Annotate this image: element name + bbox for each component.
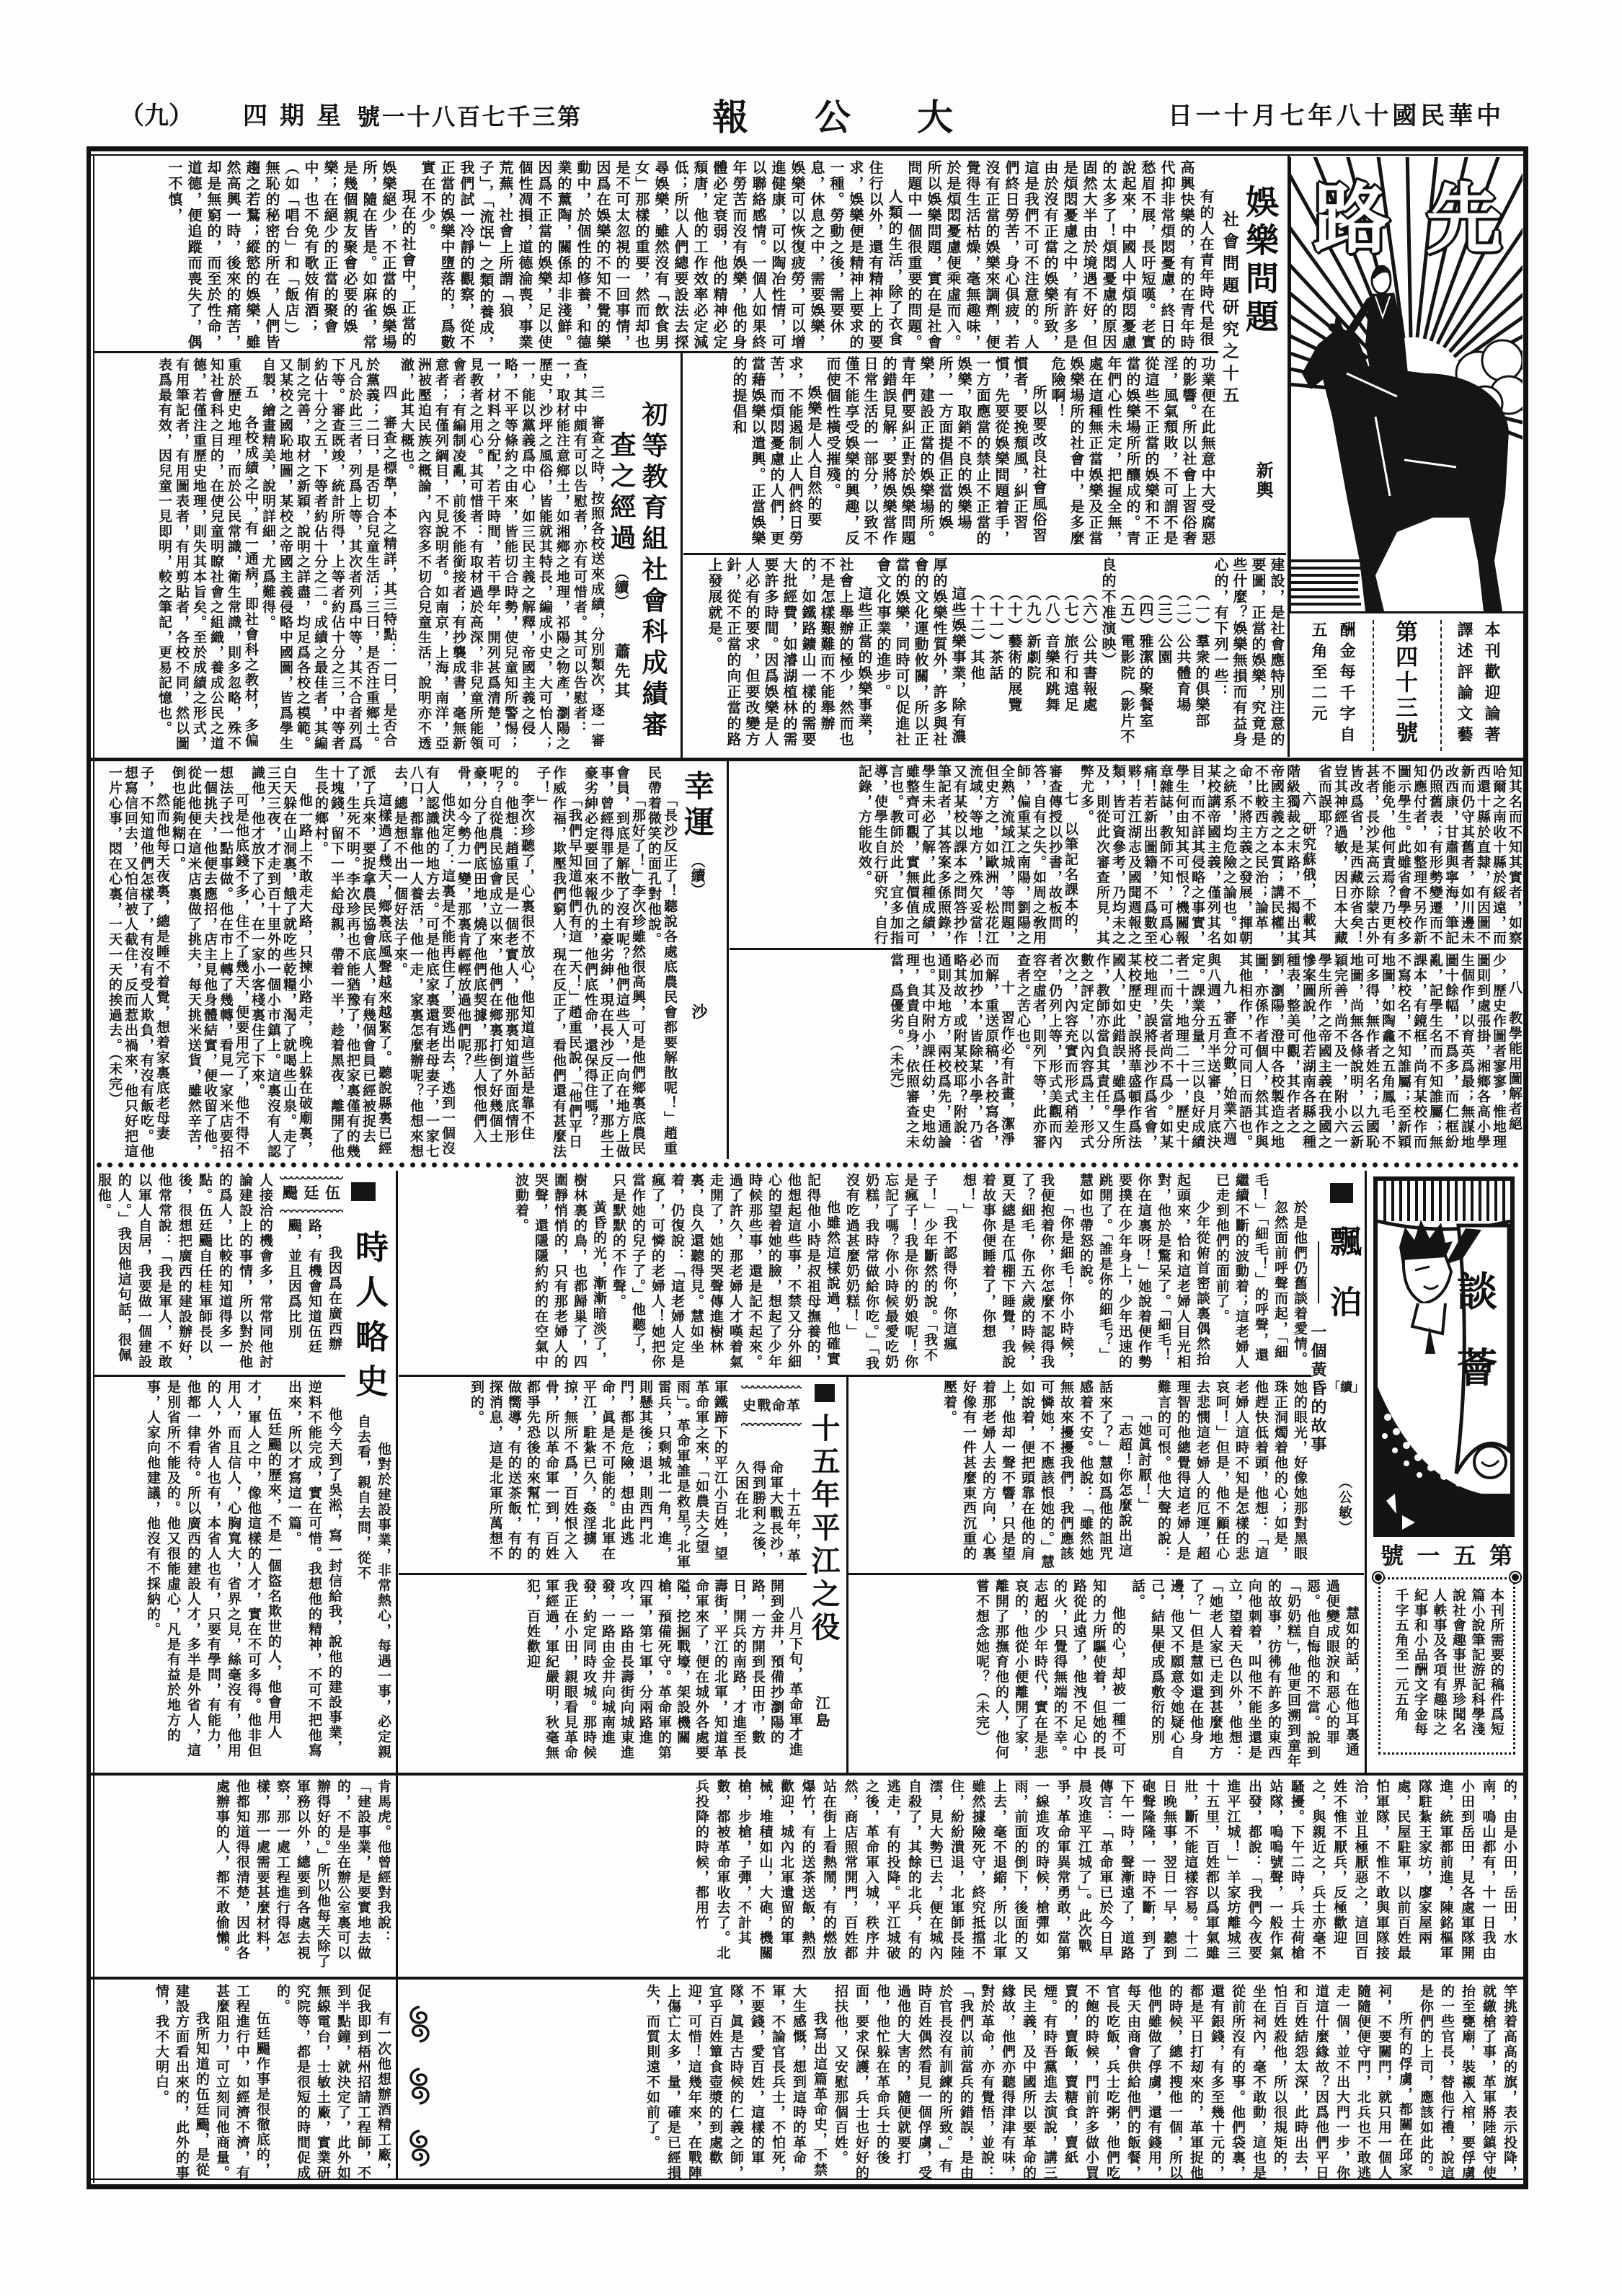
corner-ornament <box>1373 1572 1383 1582</box>
tier-rule <box>94 351 1218 353</box>
notice-separator <box>1373 620 1374 751</box>
paragraph: 忽然面前呼聲而起，「細毛！」「細毛！」的呼聲，還繼續不斷的波動着；這老婦人已走到… <box>1212 1173 1290 1373</box>
paragraph: 有的人在青年時代是很高興快樂的，有的在青年時代抑非常煩悶憂慮，終日的愁眉不展，長… <box>904 160 1215 352</box>
article-author: 江島 <box>815 1696 829 1730</box>
notice-line: 本刊所需要的稿件爲短 <box>1487 1588 1507 1748</box>
series-label: 革命戰史 <box>743 1399 800 1414</box>
paragraph: 這樣過了幾天，鄉裏底風聲越來越緊了。聽說縣裏已經派了兵來，要捉拿農民協會底人，有… <box>313 766 392 1159</box>
list-item: （十一）茶話 <box>986 557 1005 756</box>
paragraph: 然而他每天夜裏，總是睡不着覺，想着家裏底老母妻子，不知道他們怎樣了，有沒有受人欺… <box>107 766 170 1159</box>
page-number: （九） <box>120 102 193 130</box>
list-item: （八）音樂和跳舞 <box>1042 557 1061 756</box>
paragraph: 這些娛樂事業，除有濃厚的娛樂性質外，許多與社會的文化運動攸關，所以正當的娛樂，同… <box>874 557 967 756</box>
story-author: （公敏） <box>1337 1475 1351 1535</box>
column-rule <box>681 353 683 758</box>
notice-text: 本刊所需要的稿件爲短 篇小說筆記游記科學淺 說社會趣事世界珍聞名 人軼事及各項有… <box>1391 1588 1506 1748</box>
article-body: 他今天到了吳淞，寫一封信給我，說他的建設事業，逆料不能完成，實在可惜。我想他的精… <box>95 1380 345 1769</box>
column-rule <box>727 761 729 1159</box>
paragraph: 他一路上不敢走大路，只揀小路走，晚上躲在破廟裏，白天躲在山洞裏，餓了就吃些乾糧，… <box>249 766 313 1159</box>
list-item: （七）旅行和遠足 <box>1061 557 1080 756</box>
paragraph: 可是他底錢不多，住不了幾天，便要用完了，他不得不想法子找一點事做。他在市上轉了幾… <box>170 766 249 1159</box>
tanhui-issue-number: 第五一號 <box>1381 1543 1512 1569</box>
paragraph: 他雖然這樣說過，他確實記得他小時是叔祖母撫養的，他想起這些事，不禁又分外細心的望… <box>608 1173 842 1373</box>
paragraph: 知其名而不知其實者，如察哈爾之南收十縣於綏遠，而西還十縣於直隸，有因圖不新而仍守… <box>1316 764 1523 946</box>
notice-line: 譯述評論文藝 <box>1456 621 1472 747</box>
paragraph: 這些正當的娛樂事業，社會上舉辦的極少，然而也不是怎樣艱難而不能舉辦的，如鐵路鑛山… <box>705 557 874 756</box>
tanhui-masthead: 談薈 <box>1453 1270 1494 1423</box>
section-marker-icon <box>815 1384 835 1402</box>
story-body: 慧如的話，在他耳裏通過便變成眼淚和惡心的罪惡。他自悔他的不當。說到「奶奶糕」，他… <box>851 1579 1361 1770</box>
notice-line: 說社會趣事世界珍聞名 <box>1449 1588 1468 1748</box>
list-item: （二）公共體育場 <box>1174 557 1192 756</box>
continued-mark: （續） <box>613 565 628 608</box>
article-body: 八月下旬，革命軍才進開到金井，預備抄瀏陽的路，一方開到長田市，數日，開兵的南路，… <box>401 1579 805 1770</box>
paragraph: 「志超！你怎麼說出這話來了？」慧如爲他的詛咒感着不安。他說：「雖然她無故來擾擾我… <box>939 1380 1134 1572</box>
paragraph: 十 習作必有計畫，潔淨而解，重送原稿，各校寫各，必加抄本，皆除某小學，乃省略其故… <box>888 953 1015 1158</box>
paragraph: 八月下旬，革命軍才進開到金井，預備抄瀏陽的路，一方開到長田市，數日，開兵的南路，… <box>523 1579 805 1770</box>
paragraph: 我所知道的伍廷颺，是從建設方面看出來的，此外的事情，我不大明白。 <box>151 1984 212 2183</box>
article-title: 初等教育組社會科成績審 <box>640 401 666 742</box>
paragraph: 「你是細毛！你小時候，我便抱着你，你怎麼不認得我了？細毛，你五六歲的時候，夏天總… <box>959 1173 1076 1373</box>
paragraph: 她的眼光，好像她那對黑眼珠正洞燭着他的心；如是，他趕快低着頭，他想：「這老婦人這… <box>1153 1380 1309 1572</box>
issue-number: 第三千七百八十一號 <box>357 104 580 130</box>
paragraph: 伍廷颺作事是很徹底的，工程進行中，如經濟不濟，有甚麼阻力，可立刻同他商量。 <box>212 1984 272 2183</box>
section-rule <box>91 758 1525 761</box>
paragraph: 伍廷颺的歷來，不是一個盜名欺世的人，他會用人才，軍人之中，像他這樣的人才，實在不… <box>143 1380 284 1769</box>
list-item: （十）藝術的展覽 <box>1005 557 1024 756</box>
article-body: 有一次他想辦酒精工廠，促我即到梧州招請工程師，不到半點鐘，就決定了，此外如無線電… <box>97 1984 394 2183</box>
article-title: 查之經過 <box>608 431 634 555</box>
column-rule <box>396 1171 398 2180</box>
paragraph: 我因爲在廣西辦路，有機會知道伍廷颺，並且因爲比別 <box>284 1218 345 1373</box>
paragraph: 「那好了！」李次珍雖然很高興，可是他們鄉裏底農民會員，到底是解散了沒有呢？他們這… <box>582 766 646 1159</box>
notice-issue-number: 第四十三號 <box>1393 620 1415 746</box>
tier-rule <box>94 1375 345 1377</box>
article-body: 竿挑着高高的旗，表示投降，就繳槍了事，革軍將陸鎮守使抬至甕廟，裝襯入棺，要俘虜的… <box>441 1984 1520 2183</box>
section-rule <box>91 1773 1525 1776</box>
left-border-thin <box>93 156 94 2183</box>
section-marker-icon <box>351 1182 376 1201</box>
list-item: （九）新劇院 <box>1024 557 1042 756</box>
article-body: 肯馬虎。他曾經對我說：「建設事業，是要實地去做的，不是坐在辦公室裏可以辦得好的。… <box>95 1779 394 1971</box>
tier-rule <box>848 1573 1364 1575</box>
newspaper-title: 大公報 <box>712 97 953 138</box>
paragraph: 肯馬虎。他曾經對我說：「建設事業，是要實地去做的，不是坐在辦公室裏可以辦得好的。… <box>212 1779 394 1971</box>
top-rule-thin <box>87 154 1528 156</box>
paragraph: 八 教學能用圖解者絕少，歷史作圖者寥寥，惟地理圖則到處張掛，湘鄉各高小學生個作，… <box>1237 953 1523 1158</box>
notice-fee: 酬金每千字自 <box>1339 621 1355 747</box>
list-item: （五）電影院（影片不良的不准演映） <box>1099 557 1136 756</box>
column-rule <box>846 1377 848 1773</box>
article-body: 他對於建設事業，非常熱心，每遇一事，必定親自去看，親自去問，從不 <box>347 1414 394 1769</box>
article-body: 建設，是社會應特別注意的要圖，正當的娛樂，究竟是些什麼？娛樂無損而有益身心的，有… <box>685 557 1286 756</box>
paragraph: 娛樂是人人自然的要求，不能遏制止人們終日勞苦，而煩悶憂慮的人們，更當藉娛樂以遣興… <box>730 356 823 551</box>
paragraph: 五 各校成績之中，有一通病，即社會科之教材，多偏重於歷史地理，而於公民常識，衛生… <box>156 358 260 755</box>
paragraph: 我寫出這篇革命史，不禁大生感慨，想到這時的革命軍，不論官長兵士，不怕死，不要錢，… <box>642 1984 830 2183</box>
paragraph: 現在的社會中，正當的娛樂絕少，不正當的娛樂場所，隨在皆是。如麻雀，常是幾個親友聚… <box>164 160 417 352</box>
paragraph: 軍鐵蹄下的平江小百姓，望革命軍之來，「如農夫之望雨」。革命軍誰是救星？北軍雷兵，… <box>467 1380 730 1572</box>
title-dash <box>1318 1241 1319 1303</box>
article-body: 人接洽的機會多，常常同他討論建設上的事情，所以對於他的爲人，比較的知道得多一點。… <box>95 1173 275 1373</box>
paragraph: 建設，是社會應特別注意的要圖，正當的娛樂，究竟是些什麼？娛樂無損而有益身心的，有… <box>1211 557 1286 756</box>
paragraph: 李次珍聽了，心裏很不放心，他知道這些話是靠不住的。他想：趙重民是一個老實人，他那… <box>456 766 535 1159</box>
article-body: 功業便在此無意中大受腐惡的影響。所以社會上習俗奢淫，風氣頹敗，不可謂不是從這些不… <box>685 356 1217 551</box>
continued-mark: （續） <box>690 854 704 897</box>
story-body: 於是他們仍舊談着愛情。 忽然面前呼聲而起，「細毛！」「細毛！」的呼聲，還繼續不斷… <box>401 1173 1309 1373</box>
right-border <box>1523 146 1528 2189</box>
tier-rule <box>730 948 1524 950</box>
list-item: （一）羣衆的俱樂部 <box>1192 557 1211 756</box>
article-subtitle: 社會問題研究之十五 <box>1221 210 1238 409</box>
paragraph: 十五年，革命軍大戰長沙，得到勝利之後，久困在北 <box>732 1461 802 1572</box>
label-border-bottom <box>741 1422 802 1426</box>
story-title: 飄泊 <box>1326 1225 1358 1346</box>
paragraph: 有一次他想辦酒精工廠，促我即到梧州招請工程師，不到半點鐘，就決定了，此外如無線電… <box>272 1984 394 2183</box>
story-author: 沙 <box>691 1003 706 1019</box>
paragraph: 九 審查分數，始業六週與八週，五月半送審，月底決定。課業分量，三以良好成績者二十… <box>1015 953 1237 1158</box>
ornamental-divider <box>94 1161 1523 1169</box>
tier-rule <box>399 1573 807 1575</box>
article-author: 新輿 <box>1254 461 1272 500</box>
paragraph: 三 審查之時，按照各校送來成績，分別類次，逐一審查，其中頗有可以告慰者，亦有可惜… <box>398 358 606 755</box>
subject-name-label: 伍廷颺 <box>283 1184 340 1202</box>
paragraph: 黃昏的光，漸漸暗淡了，樹林裏的鳥，也都歸巢了，四圍靜悄悄的，只有那老婦人的哭聲，… <box>511 1173 608 1373</box>
paragraph: 少年從俯首密談裏偶然抬起頭來，恰和這老婦人目光相對，他於是驚呆了。「細毛！你在這… <box>1076 1173 1212 1373</box>
list-item: （六）公共書報處 <box>1080 557 1099 756</box>
top-rule-thick <box>87 146 1528 151</box>
paragraph: 七 以筆記名課本的，審查傳授以抄書，故板問答，自有之失。如周之敎用師，偏重某之南… <box>856 764 1078 946</box>
paragraph: 人接洽的機會多，常常同他討論建設上的事情，所以對於他的爲人，比較的知道得多一點。… <box>95 1173 275 1373</box>
xianlu-box-left <box>1288 156 1290 757</box>
tier-rule <box>683 553 1286 555</box>
paragraph: 他的心，却被一種不可知的力所驅使着，但她的長路從此遠了，他洩不足心中的火，只覺得… <box>972 1579 1127 1770</box>
paragraph: 所有的俘虜，都關在邱家祠，不要關門，就只用一個人隨隨便便守門，北兵也不敢逃走一個… <box>830 1984 1415 2183</box>
article-body: 十五年，革命軍大戰長沙，得到勝利之後，久困在北 <box>732 1461 802 1572</box>
article-body: 三 審查之時，按照各校送來成績，分別類次，逐一審查，其中頗有可以告慰者，亦有可惜… <box>95 358 606 755</box>
paragraph: 「長沙反正了！聽說各處底農民會都要解散呢！」趙重民帶着微笑的面孔對他說。 <box>646 766 678 1159</box>
paragraph: 六 研究蘇俄，不載其階級獨裁之末路，不揭出其帝國主義之本質；講民權，不比較西方之… <box>1078 764 1316 946</box>
label-border-top <box>741 1386 802 1390</box>
label-border-top <box>280 1176 343 1181</box>
article-body: 的，由是小田，岳田，水南，鳴山都有，十一日我由小田到岳田，見各處軍隊開進，統軍都… <box>401 1779 1520 1971</box>
article-body: 八 教學能用圖解者絕少，歷史作圖者寥寥，惟地理圖則到處張掛，湘鄉各高小學生個作，… <box>731 953 1523 1158</box>
paragraph: 四 審查之標準，本之精詳，其三特點：一曰，是否合於黨義；二曰，是否切合兒童生活；… <box>260 358 398 755</box>
notice-fee: 五角至二元 <box>1311 621 1326 726</box>
paragraph: 於是他們仍舊談着愛情。 <box>1290 1173 1309 1373</box>
tier-rule <box>399 1375 1311 1377</box>
notice-separator <box>1440 620 1442 751</box>
paragraph: 功業便在此無意中大受腐惡的影響。所以社會上習俗奢淫，風氣頹敗，不可謂不是從這些不… <box>1048 356 1217 551</box>
section-marker-icon <box>1330 1183 1353 1203</box>
corner-ornament <box>1510 1572 1520 1582</box>
paragraph: 的，由是小田，岳田，水南，鳴山都有，十一日我由小田到岳田，見各處軍隊開進，統軍都… <box>691 1779 1520 1971</box>
paragraph: 他今天到了吳淞，寫一封信給我，說他的建設事業，逆料不能完成，實在可惜。我想他的精… <box>284 1380 345 1769</box>
notice-line: 篇小說筆記游記科學淺 <box>1468 1588 1487 1748</box>
story-body: 「長沙反正了！聽說各處底農民會都要解散呢！」趙重民帶着微笑的面孔對他說。 「那好… <box>95 766 678 1159</box>
paragraph: 人類的生活，除了衣食住行以外，還有精神上的要求，娛樂便是精神上要求的一種。勞動之… <box>417 160 904 352</box>
weekday: 星期四 <box>243 102 341 130</box>
swirl-ornament-icon <box>405 2066 434 2106</box>
list-item: （四）雅潔的聚餐室 <box>1136 557 1155 756</box>
paragraph: 「我不認得你，你這瘋子！」少年斷然的說。「我不是瘋子！我是你的奶娘呢！你忘記了嗎… <box>842 1173 959 1373</box>
publication-date: 中華民國十八年七月十一日 <box>1168 102 1501 130</box>
article-body: 軍鐵蹄下的平江小百姓，望革命軍之來，「如農夫之望雨」。革命軍誰是救星？北軍雷兵，… <box>401 1380 730 1572</box>
notice-line: 紀事和小品酬文字金每 <box>1411 1588 1430 1748</box>
paragraph: 所以要改良社會風俗習慣者，要挽頹風，糾正習慣，先要從娛樂問題着手，一方面應當的禁… <box>823 356 1048 551</box>
story-body: 她的眼光，好像她那對黑眼珠正洞燭着他的心；如是，他趕快低着頭，他想：「這老婦人這… <box>851 1380 1309 1572</box>
story-title: 幸運 <box>682 770 712 842</box>
article-title: 十五年平江之役 <box>809 1413 838 1645</box>
paragraph: 「她眞討厭！」 <box>1134 1380 1153 1572</box>
label-border-bottom <box>280 1208 343 1213</box>
swirl-ornament-icon <box>405 2128 434 2168</box>
tier-rule <box>91 1977 1525 1980</box>
paragraph: 「我們早知道他們有這一天！」趙重民說，「他們平日作威作福，欺壓我們窮人，現在反正… <box>535 766 582 1159</box>
notice-line: 人軼事及各項有趣味之 <box>1430 1588 1449 1748</box>
paragraph: 他對於建設事業，非常熱心，每遇一事，必定親自去看，親自去問，從不 <box>353 1414 394 1769</box>
section-title: 時人略史 <box>353 1230 386 1409</box>
bottom-rule-thick <box>87 2184 1528 2189</box>
paragraph: 慧如的話，在他耳裏通過便變成眼淚和惡心的罪惡。他自悔他的不當。說到「奶奶糕」，他… <box>1127 1579 1361 1770</box>
xianlu-masthead: 先路 <box>1313 182 1502 258</box>
xianlu-box-bottom <box>1288 611 1525 613</box>
paragraph: 竿挑着高高的旗，表示投降，就繳槍了事，革軍將陸鎮守使抬至甕廟，裝襯入棺，要俘虜的… <box>1415 1984 1520 2183</box>
continued-mark: 「續」 <box>1328 1377 1365 1395</box>
list-item: （十二）其他 <box>967 557 986 756</box>
list-item: （三）公園 <box>1155 557 1174 756</box>
paragraph: 他決定了：這裏是不能再住了，要逃出去，逃到一個沒有人認識他的地方去。可是他底家裏… <box>392 766 456 1159</box>
article-title: 娛樂問題 <box>1244 185 1277 337</box>
article-body: 我因爲在廣西辦路，有機會知道伍廷颺，並且因爲比別 <box>278 1218 345 1373</box>
article-body: 有的人在青年時代是很高興快樂的，有的在青年時代抑非常煩悶憂慮，終日的愁眉不展，長… <box>94 160 1215 352</box>
column-rule <box>1365 1171 1367 1773</box>
swirl-ornament-icon <box>405 2004 434 2044</box>
story-subtitle: 一個黃昏的故事 <box>1310 1324 1326 1455</box>
notice-line: 千字五角至一元五角 <box>1391 1588 1411 1748</box>
left-border-thick <box>87 146 91 2189</box>
article-body: 知其名而不知其實者，如察哈爾之南收十縣於綏遠，而西還十縣於直隸，有因圖不新而仍守… <box>731 764 1523 946</box>
tanhui-notice: 本刊所需要的稿件爲短 篇小說筆記游記科學淺 說社會趣事世界珍聞名 人軼事及各項有… <box>1378 1577 1515 1755</box>
article-author: 蕭先其 <box>613 643 629 701</box>
notice-line: 本刊歡迎論著 <box>1484 621 1499 747</box>
